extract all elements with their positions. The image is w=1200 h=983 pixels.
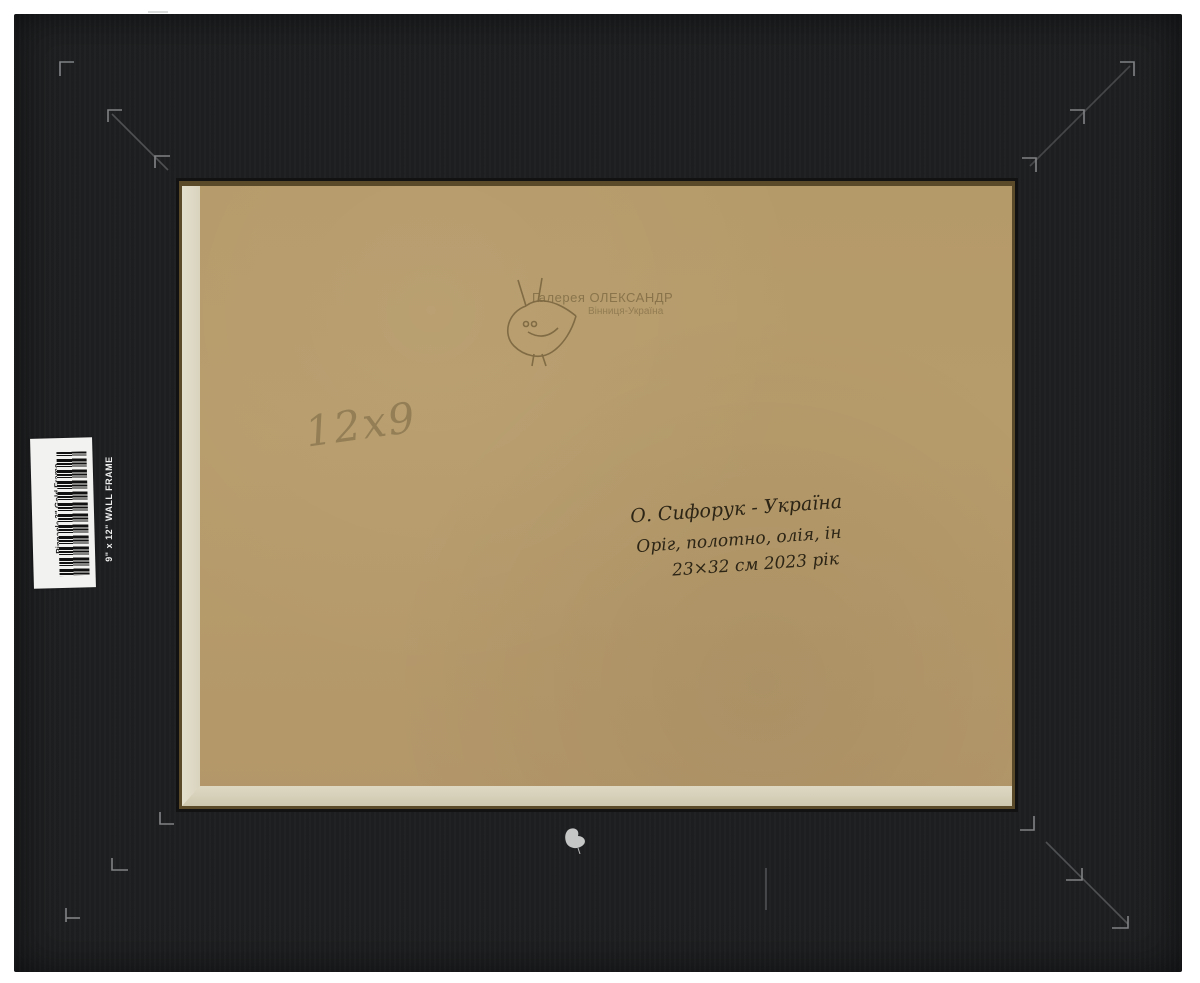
sticker-size-strip: 9" x 12" WALL FRAME: [96, 436, 120, 588]
product-sticker: Pinnacle 3" Gold Frame: [30, 437, 96, 589]
barcode-icon: [56, 451, 89, 576]
canvas-edge-bottom: [182, 786, 1012, 806]
canvas-edge-left: [182, 186, 200, 806]
artist-inscription: О. Сифорук - Україна Оріг, полотно, олія…: [630, 491, 847, 584]
bird-sketch-icon: [498, 272, 718, 372]
stamp-gallery-name: Галерея ОЛЕКСАНДР: [532, 290, 673, 305]
stamp-location: Вінниця-Україна: [588, 306, 663, 317]
sticker-size-label: 9" x 12" WALL FRAME: [104, 434, 114, 584]
sawtooth-hanger-icon: [562, 826, 590, 854]
